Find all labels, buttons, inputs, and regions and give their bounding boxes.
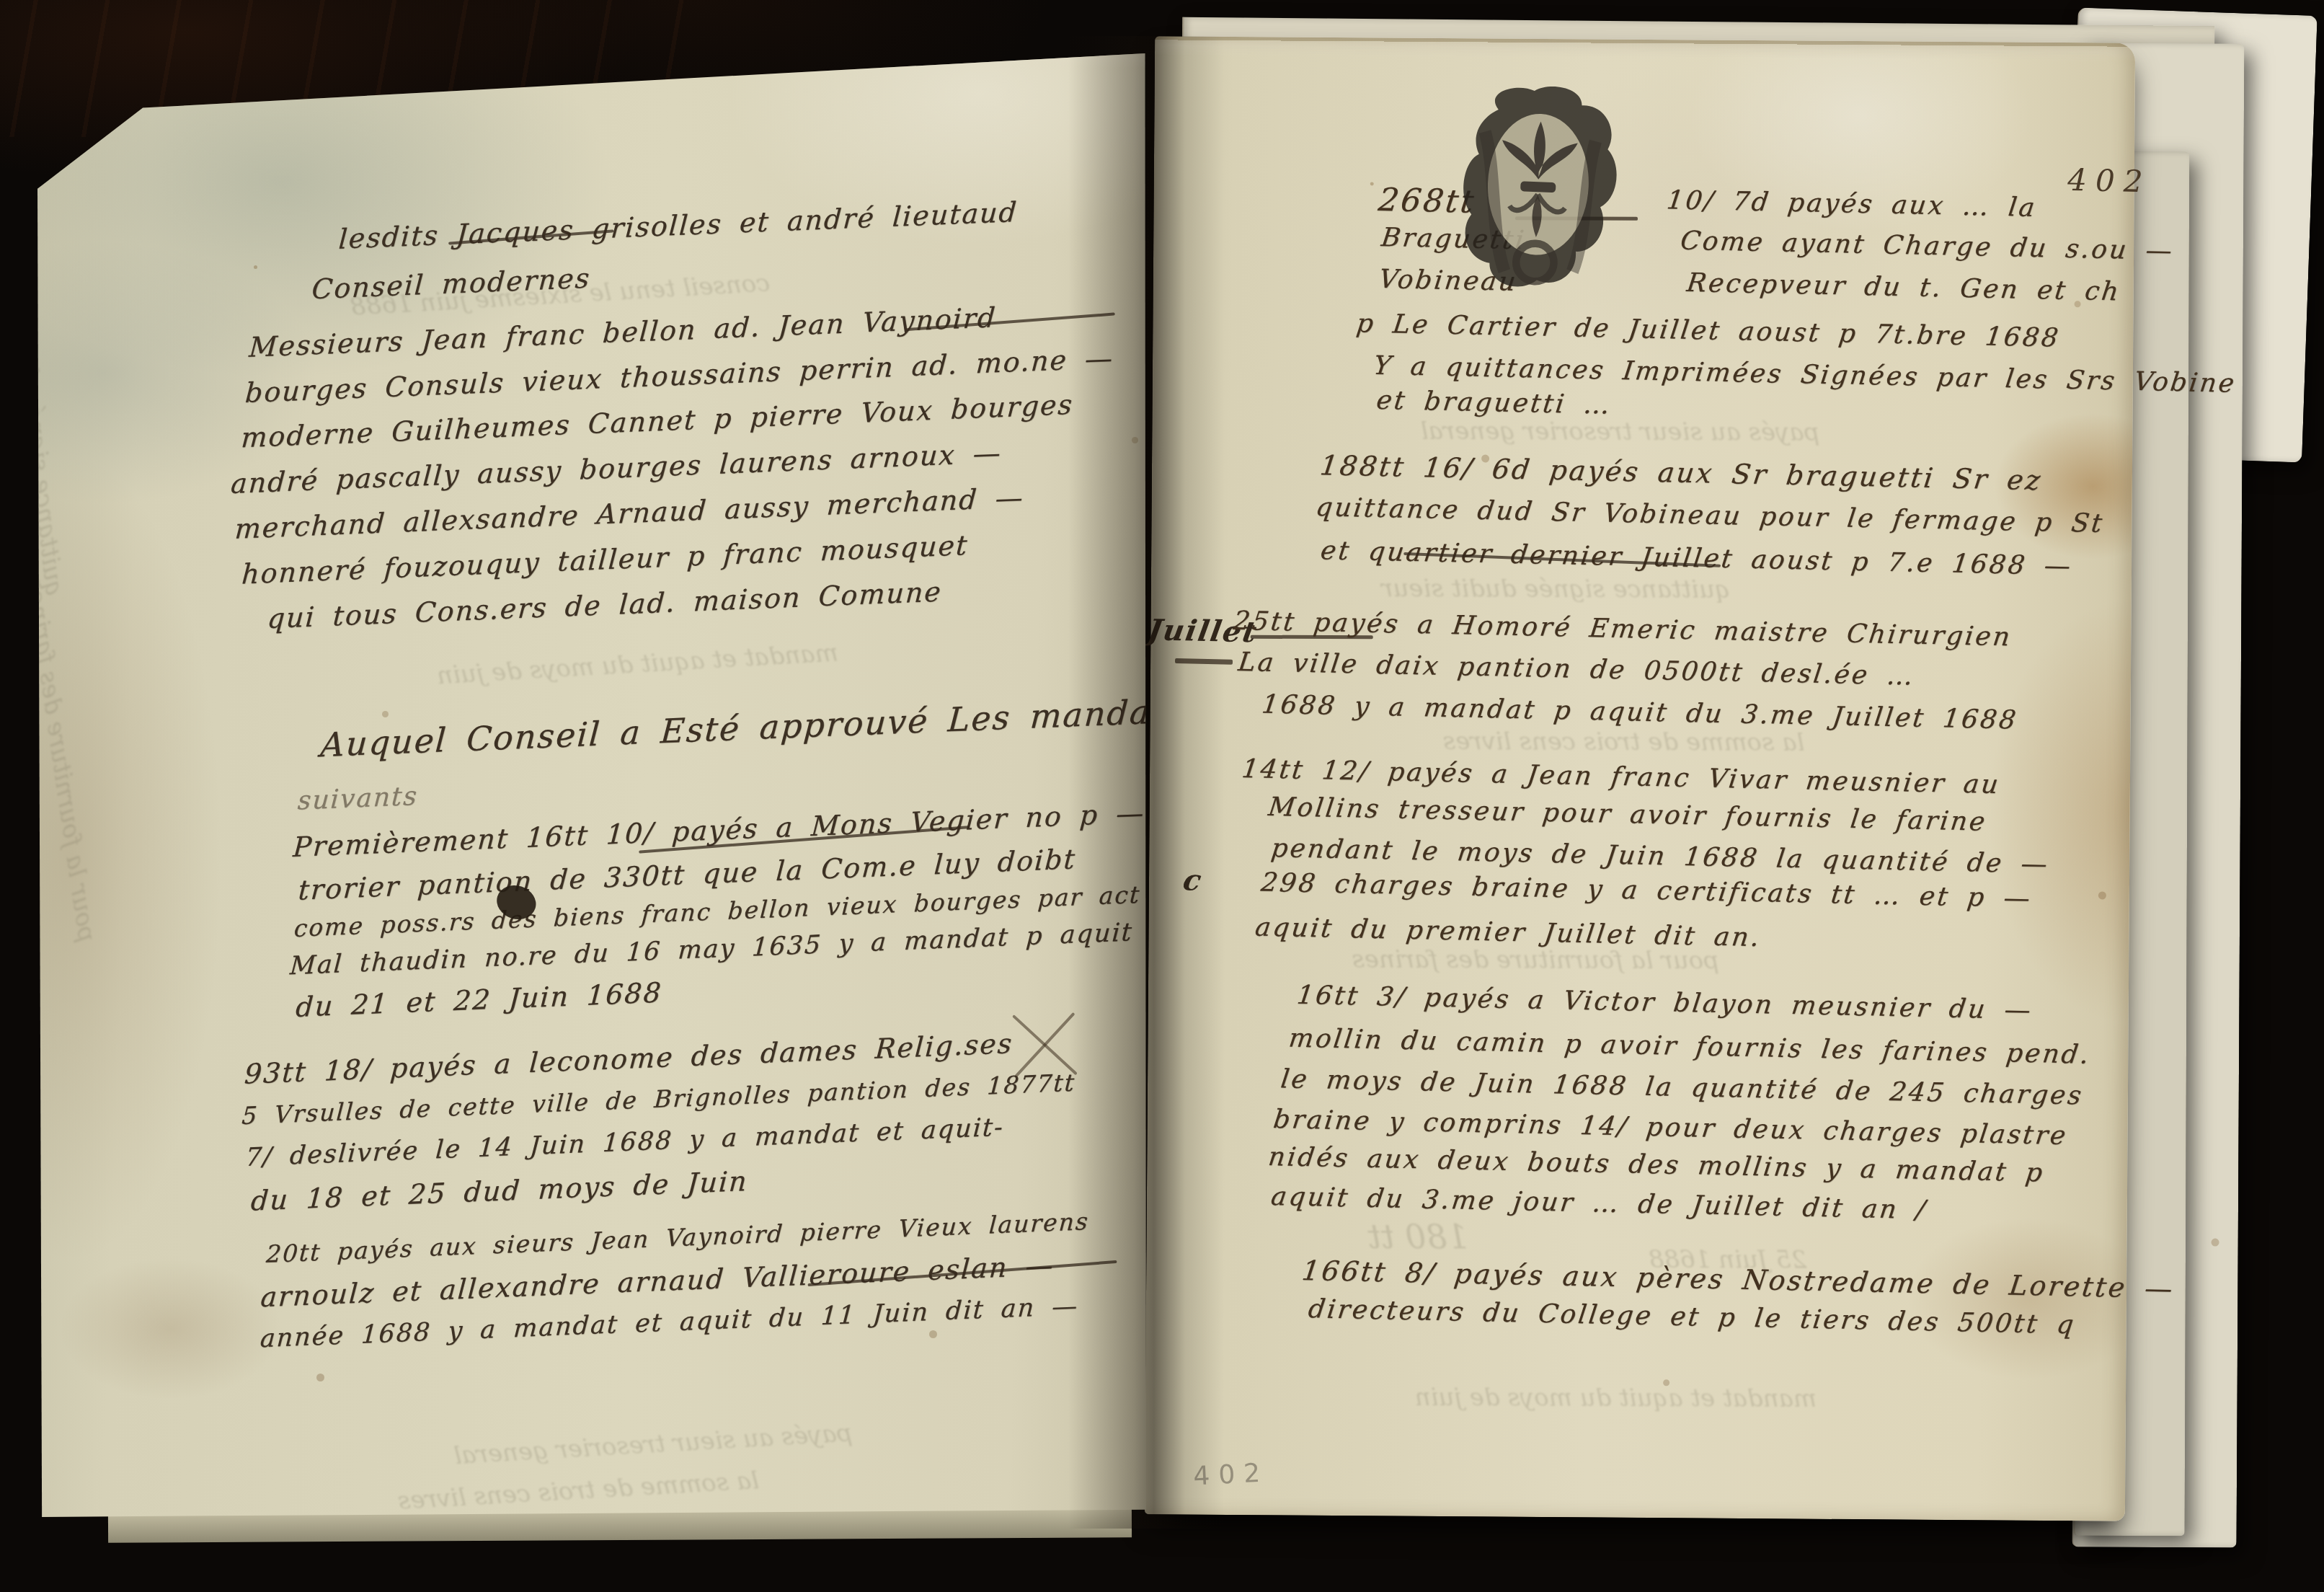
- manuscript-line: 188tt 16/ 6d payés aux Sr braguetti Sr e…: [1318, 449, 2044, 496]
- bleed-through-text: la somme de trois cens livres: [1443, 727, 1805, 757]
- manuscript-line: 14tt 12/ payés a Jean franc Vivar meusni…: [1240, 754, 2002, 800]
- fiscal-stamp-seal: [1452, 80, 1626, 326]
- manuscript-line: du 18 et 25 dud moys de Juin: [250, 1165, 749, 1217]
- manuscript-line: mollin du camin p avoir fournis les fari…: [1287, 1024, 2093, 1070]
- manuscript-line: quittance dud Sr Vobineau pour le fermag…: [1314, 492, 2106, 539]
- manuscript-line: Come ayant Charge du s.ou —: [1679, 226, 2176, 266]
- manuscript-line: suivants: [297, 782, 420, 816]
- manuscript-line: du 21 et 22 Juin 1688: [295, 976, 663, 1023]
- right-page: 402 268tt 10/ 7d payés aux … la Braguett…: [1145, 36, 2135, 1521]
- manuscript-line: Recepveur du t. Gen et ch: [1685, 268, 2123, 307]
- bleed-through-text: quittance signée dudit sieur: [1381, 574, 1731, 604]
- bleed-through-text: payés au sieur tresorier general: [453, 1419, 853, 1471]
- manuscript-photo: 402 268tt 10/ 7d payés aux … la Braguett…: [0, 0, 2324, 1592]
- bleed-through-text: pour la fourniture des farines: [1352, 945, 1719, 976]
- bleed-through-text: quittance signée dudit sieur: [1, 248, 68, 598]
- manuscript-line: lesdits Jacques grisolles et andré lieut…: [337, 196, 1019, 255]
- manuscript-line: nidés aux deux bouts des mollins y a man…: [1267, 1142, 2046, 1188]
- manuscript-line: 10/ 7d payés aux … la: [1665, 185, 2039, 223]
- folio-number-ink: 402: [2067, 162, 2152, 199]
- manuscript-line: directeurs du College et p le tiers des …: [1307, 1294, 2077, 1340]
- manuscript-line: La ville daix pantion de 0500tt desl.ée …: [1236, 647, 1917, 691]
- bleed-through-text: 180 tt: [1367, 1217, 1468, 1256]
- bleed-through-text: payés au sieur tresorier general: [1421, 417, 1820, 447]
- right-page-text: 402 268tt 10/ 7d payés aux … la Braguett…: [1124, 36, 2135, 1534]
- bleed-through-text: pour la fourniture des farines: [19, 577, 101, 945]
- manuscript-heading-line: Auquel Conseil a Esté approuvé Les manda…: [319, 691, 1185, 764]
- bleed-through-text: mandat et aquit du moys de juin: [436, 638, 839, 690]
- manuscript-line: braine y comprins 14/ pour deux charges …: [1272, 1105, 2070, 1151]
- binding-gutter-shadow: [1068, 36, 1224, 1529]
- bleed-through-text: la somme de trois cens livres: [397, 1466, 760, 1516]
- manuscript-line: et braguetti …: [1375, 386, 1613, 420]
- manuscript-line: 16tt 3/ payés a Victor blayon meusnier d…: [1295, 981, 2035, 1025]
- manuscript-line: 25tt payés a Homoré Emeric maistre Chiru…: [1232, 606, 2014, 653]
- left-page: lesdits Jacques grisolles et andré lieut…: [37, 49, 1146, 1520]
- manuscript-line: le moys de Juin 1688 la quantité de 245 …: [1279, 1064, 2085, 1110]
- left-page-text: lesdits Jacques grisolles et andré lieut…: [38, 46, 1205, 1560]
- bleed-through-text: 25 Juin 1688: [1649, 1245, 1807, 1275]
- bleed-through-text: mandat et aquit du moys de juin: [1415, 1383, 1817, 1413]
- manuscript-line: Mollins tresseur pour avoir fournis le f…: [1267, 792, 1989, 837]
